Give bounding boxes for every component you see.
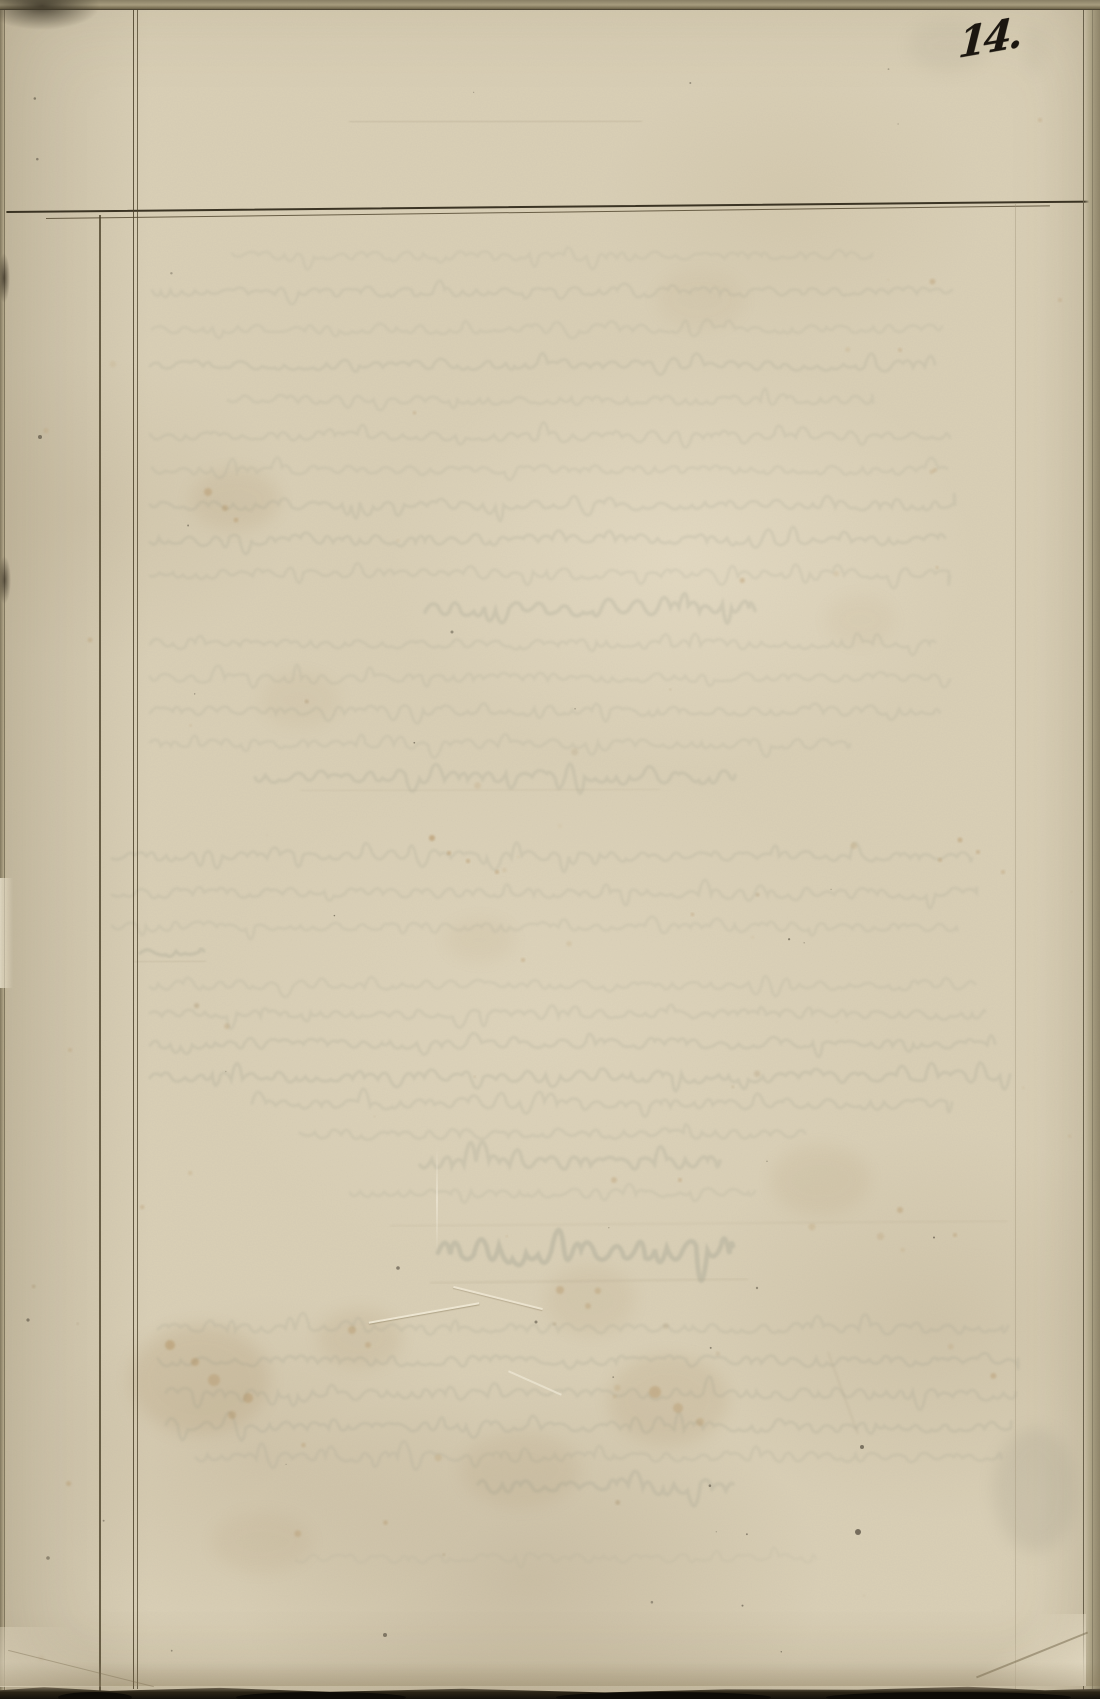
next-page-text-blob-1 xyxy=(236,1692,406,1699)
book-edge-top xyxy=(0,0,1100,10)
next-page-text-blob-2 xyxy=(556,1692,771,1699)
next-page-text-blob-3 xyxy=(826,1692,1071,1699)
next-page-text-blob-4 xyxy=(58,1692,132,1699)
paper-surface xyxy=(0,0,1100,1699)
right-edge-streak xyxy=(1092,0,1093,1699)
left-edge-damage-2 xyxy=(0,556,11,604)
wrinkle-mark xyxy=(436,1148,438,1252)
manuscript-page: 14. xyxy=(0,0,1100,1699)
left-edge-damage-1 xyxy=(0,253,10,303)
left-edge-chip xyxy=(0,878,13,988)
bottom-edge-shadow xyxy=(0,1662,1100,1686)
